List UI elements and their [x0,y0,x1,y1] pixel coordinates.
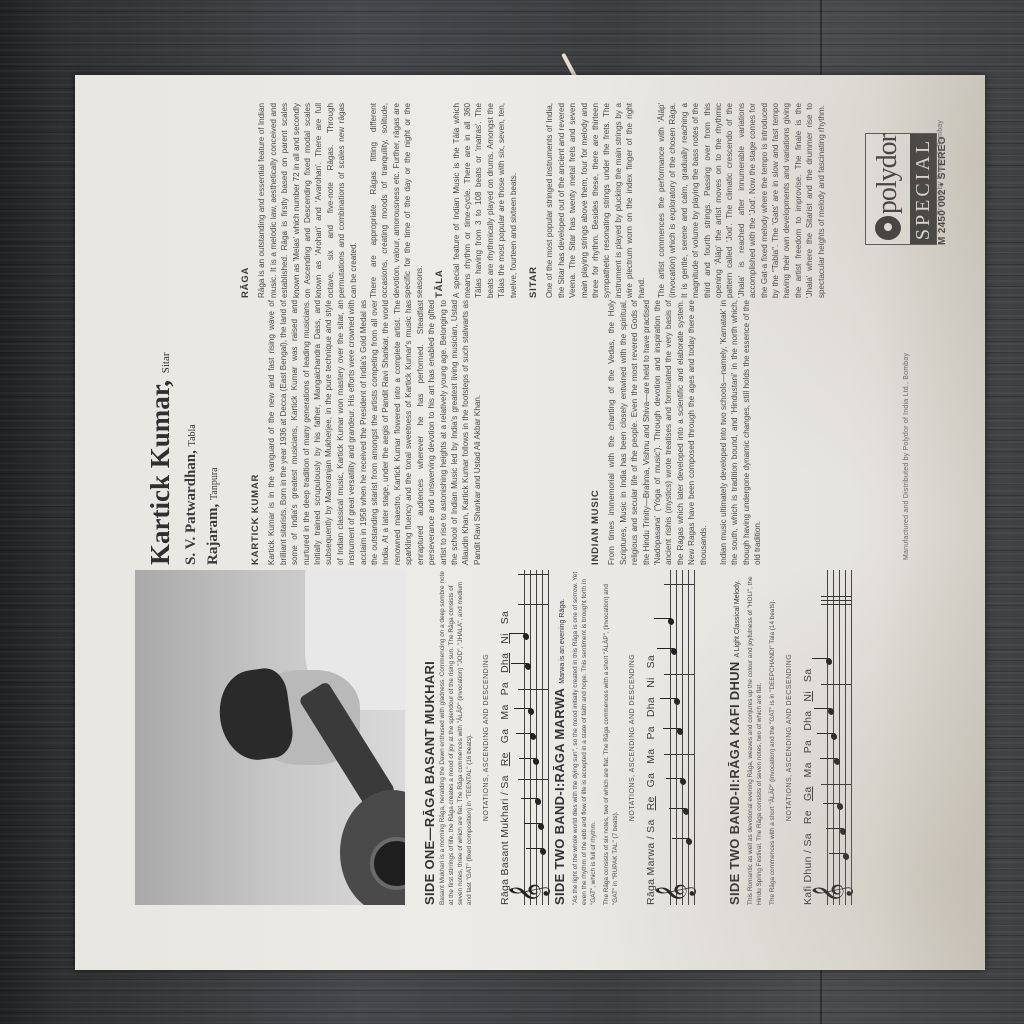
side-one-heading: SIDE ONE—RĀGA BASANT MUKHARI [425,570,434,905]
treble-clef-icon: 𝄞 [815,883,849,903]
bio-text: Kartick Kumar is in the vanguard of the … [266,300,483,565]
side-two-band-one-heading: SIDE TWO BAND-I:RĀGA MARWAMarwa is an ev… [555,570,567,905]
side-one-section: SIDE ONE—RĀGA BASANT MUKHARI Basant Mukh… [425,570,552,905]
side-two-band-one-scale: Rāga Marwa / Sa Re Ga Ma Pa Dha Ni Sa [647,570,656,905]
raga-tala-sitar-column: RĀGA Rāga is an outstanding and essentia… [240,103,836,298]
artist-credits: Kartick Kumar, Sitar S. V. Patwardhan, T… [145,325,225,565]
music-staff-side-two-band-one: 𝄞 [664,570,698,905]
record-back-cover: Kartick Kumar, Sitar S. V. Patwardhan, T… [75,75,985,970]
raga-heading: RĀGA [240,103,251,298]
main-artist: Kartick Kumar, Sitar [145,325,181,565]
printer-credit: Printed by Printwell, Bombay [937,120,944,215]
indian-music-heading: INDIAN MUSIC [590,300,601,565]
music-staff-side-two-band-two: 𝄞 [821,570,855,905]
treble-clef-icon: 𝄞 [512,883,546,903]
sitar-heading: SITAR [528,103,539,298]
tala-heading: TĀLA [434,103,445,298]
bio-column: KARTICK KUMAR Kartick Kumar is in the va… [250,300,492,565]
side-two-band-two-section: SIDE TWO BAND-II:RĀGA KAFI DHUNA Light C… [730,570,855,905]
artist-photo [135,570,405,905]
side-two-band-one-section: SIDE TWO BAND-I:RĀGA MARWAMarwa is an ev… [555,570,698,905]
record-disc-icon [875,216,901,240]
side-one-scale: Rāga Basant Mukhari / Sa Re Ga Ma Pa Dha… [501,570,510,905]
music-staff-side-one: 𝄞 [518,570,552,905]
bio-heading: KARTICK KUMAR [250,300,261,565]
side-two-band-two-heading: SIDE TWO BAND-II:RĀGA KAFI DHUNA Light C… [730,570,742,905]
side-two-band-two-scale: Kafi Dhun / Sa Re Ga Ma Pa Dha Ni Sa [804,570,813,905]
treble-clef-icon: 𝄞 [658,883,692,903]
manufacturer-credit: Manufactured and Distributed by Polydor … [903,353,910,560]
indian-music-column: INDIAN MUSIC From times immemorial with … [590,300,773,565]
polydor-logo: polydor SPECIAL [865,133,937,245]
tanpura-artist: Rajaram, Tanpura [203,325,225,565]
tabla-artist: S. V. Patwardhan, Tabla [181,325,203,565]
